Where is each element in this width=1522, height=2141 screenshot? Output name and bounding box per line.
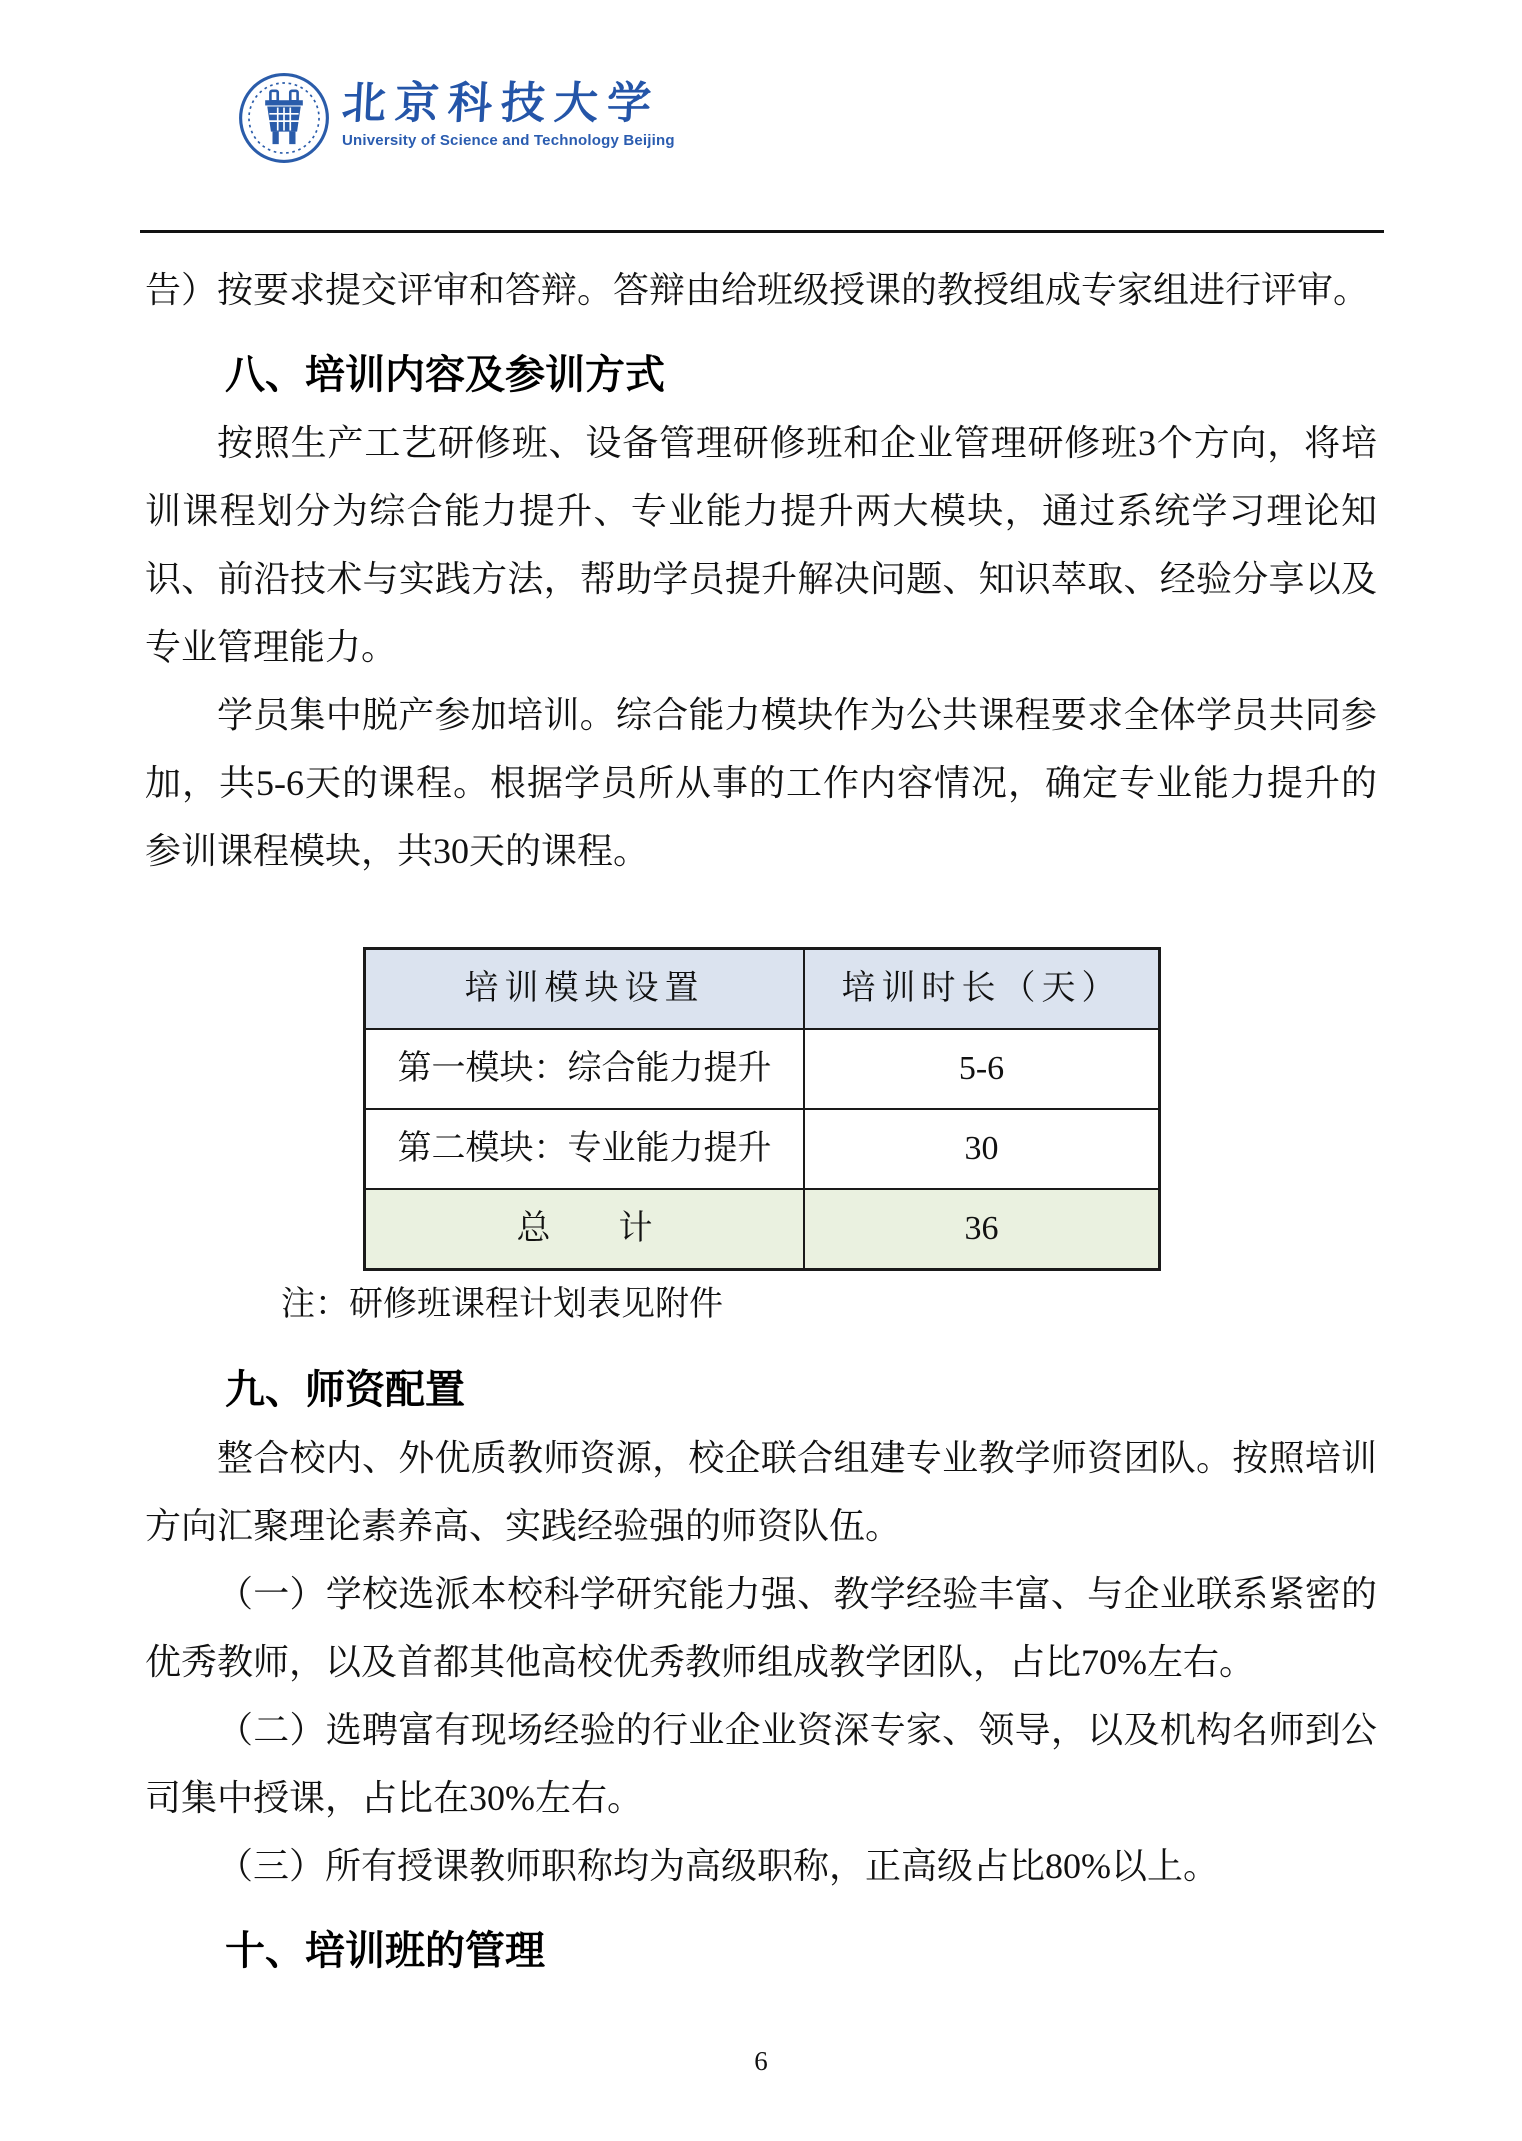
university-name-en: University of Science and Technology Bei…: [342, 132, 675, 150]
document-body: 告）按要求提交评审和答辩。答辩由给班级授课的教授组成专家组进行评审。 八、培训内…: [145, 256, 1377, 1985]
document-page: 北京科技大学 University of Science and Technol…: [0, 0, 1522, 2141]
section8-paragraph-2: 学员集中脱产参加培训。综合能力模块作为公共课程要求全体学员共同参加，共5-6天的…: [145, 681, 1377, 885]
table-cell-days: 30: [804, 1109, 1160, 1189]
table-cell-module: 第一模块：综合能力提升: [365, 1029, 805, 1109]
table-header-module: 培训模块设置: [365, 949, 805, 1030]
table-total-value: 36: [804, 1189, 1160, 1270]
section9-paragraph-3: （二）选聘富有现场经验的行业企业资深专家、领导，以及机构名师到公司集中授课，占比…: [145, 1696, 1377, 1832]
table-total-label: 总 计: [365, 1189, 805, 1270]
university-seal-icon: [238, 72, 330, 164]
table-cell-days: 5-6: [804, 1029, 1160, 1109]
section9-paragraph-2: （一）学校选派本校科学研究能力强、教学经验丰富、与企业联系紧密的优秀教师，以及首…: [145, 1560, 1377, 1696]
table-cell-module: 第二模块：专业能力提升: [365, 1109, 805, 1189]
paragraph-continuation: 告）按要求提交评审和答辩。答辩由给班级授课的教授组成专家组进行评审。: [145, 256, 1377, 324]
section8-heading: 八、培训内容及参训方式: [145, 341, 1377, 409]
table-row: 第二模块：专业能力提升 30: [365, 1109, 1160, 1189]
table-row: 第一模块：综合能力提升 5-6: [365, 1029, 1160, 1109]
section10-heading: 十、培训班的管理: [145, 1917, 1377, 1985]
page-number: 6: [0, 2046, 1522, 2076]
table-header-row: 培训模块设置 培训时长（天）: [365, 949, 1160, 1030]
table-header-days: 培训时长（天）: [804, 949, 1160, 1030]
section9-paragraph-4: （三）所有授课教师职称均为高级职称，正高级占比80%以上。: [145, 1832, 1377, 1900]
header-divider: [140, 230, 1384, 233]
university-logo: 北京科技大学 University of Science and Technol…: [238, 72, 675, 164]
table-total-row: 总 计 36: [365, 1189, 1160, 1270]
section9-paragraph-1: 整合校内、外优质教师资源，校企联合组建专业教学师资团队。按照培训方向汇聚理论素养…: [145, 1424, 1377, 1560]
university-name-cn: 北京科技大学: [341, 80, 676, 128]
section8-paragraph-1: 按照生产工艺研修班、设备管理研修班和企业管理研修班3个方向，将培训课程划分为综合…: [145, 409, 1377, 681]
university-name-block: 北京科技大学 University of Science and Technol…: [342, 72, 675, 150]
section9-heading: 九、师资配置: [145, 1356, 1377, 1424]
table-note: 注：研修班课程计划表见附件: [145, 1271, 1377, 1339]
training-module-table: 培训模块设置 培训时长（天） 第一模块：综合能力提升 5-6 第二模块：专业能力…: [363, 947, 1161, 1271]
